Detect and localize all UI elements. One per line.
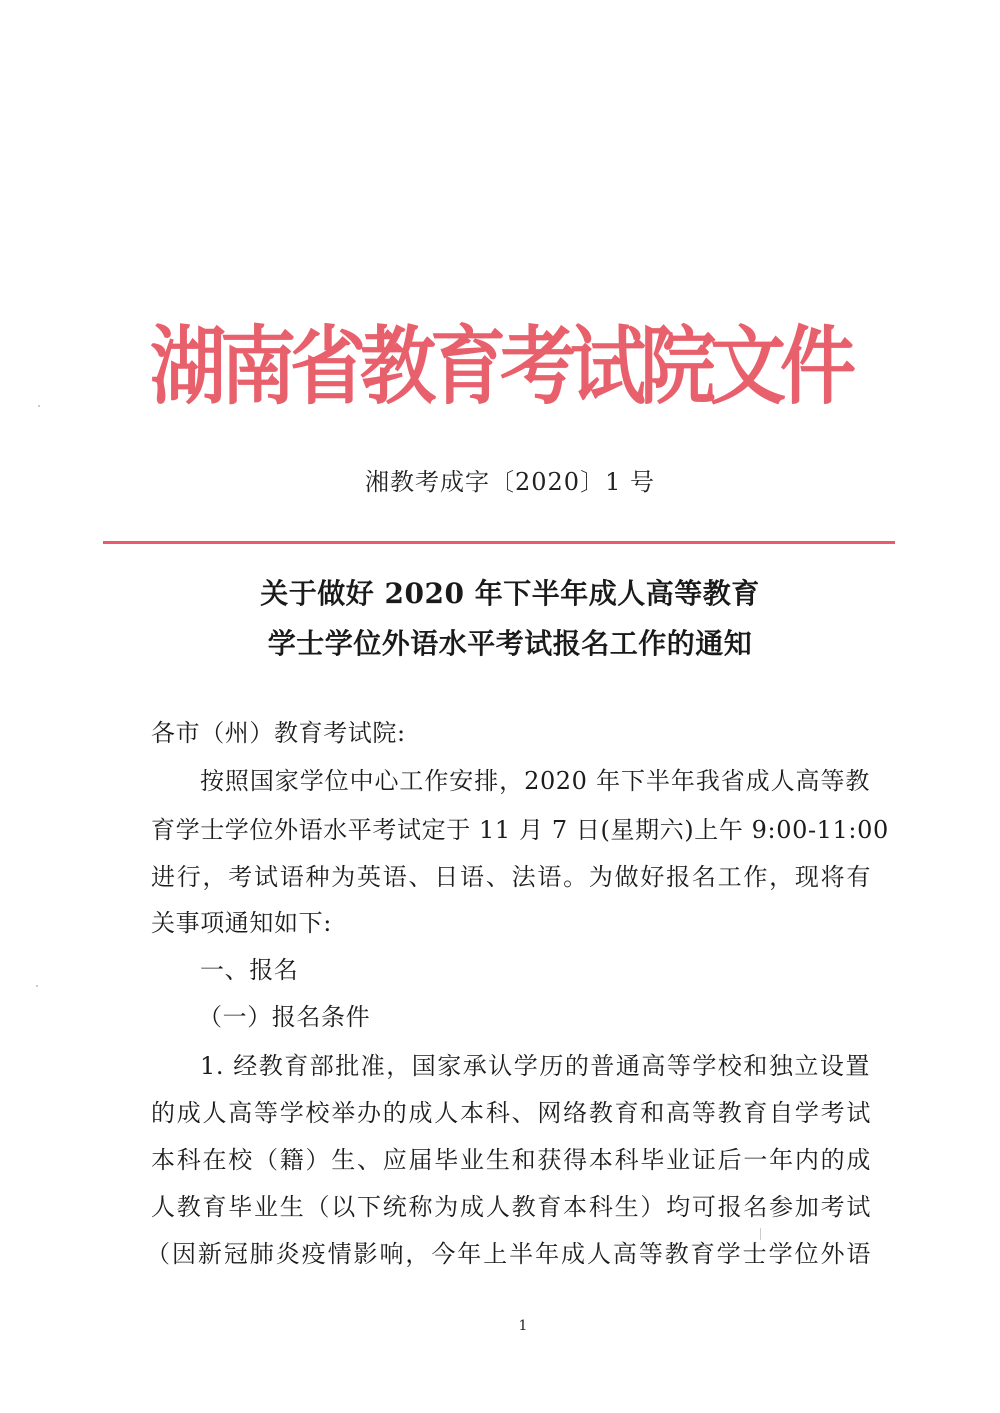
scan-speck bbox=[38, 405, 40, 407]
issuer-char: 考 bbox=[500, 305, 570, 428]
issuer-char: 文 bbox=[710, 305, 780, 428]
issuer-char: 湖 bbox=[150, 305, 220, 428]
issuer-char: 育 bbox=[430, 305, 500, 428]
item-line: 本科在校（籍）生、应届毕业生和获得本科毕业证后一年内的成 bbox=[151, 1144, 871, 1176]
scan-speck bbox=[36, 985, 38, 987]
body-paragraph-line: 关事项通知如下: bbox=[151, 907, 871, 939]
red-divider-line bbox=[103, 541, 895, 544]
issuer-char: 试 bbox=[570, 305, 640, 428]
subsection-heading: （一）报名条件 bbox=[198, 1001, 918, 1033]
document-page: 湖 南 省 教 育 考 试 院 文 件 湘教考成字〔2020〕1 号 关于做好 … bbox=[0, 0, 1000, 1413]
body-paragraph-line: 育学士学位外语水平考试定于 11 月 7 日(星期六)上午 9:00-11:00 bbox=[151, 814, 871, 846]
item-line: 的成人高等学校举办的成人本科、网络教育和高等教育自学考试 bbox=[151, 1097, 871, 1129]
body-paragraph-line: 进行，考试语种为英语、日语、法语。为做好报名工作，现将有 bbox=[151, 861, 871, 893]
addressee: 各市（州）教育考试院: bbox=[151, 717, 871, 749]
section-heading: 一、报名 bbox=[200, 954, 920, 986]
issuer-char: 件 bbox=[780, 305, 850, 428]
issuer-char: 南 bbox=[220, 305, 290, 428]
item-line: 1. 经教育部批准，国家承认学历的普通高等学校和独立设置 bbox=[200, 1050, 870, 1082]
body-paragraph-line: 按照国家学位中心工作安排，2020 年下半年我省成人高等教 bbox=[200, 765, 870, 797]
document-title-line-2: 学士学位外语水平考试报名工作的通知 bbox=[0, 622, 1000, 662]
page-number: 1 bbox=[0, 1318, 1000, 1334]
document-title-line-1: 关于做好 2020 年下半年成人高等教育 bbox=[0, 572, 1000, 612]
scan-speck bbox=[760, 1228, 761, 1240]
issuer-char: 教 bbox=[360, 305, 430, 428]
item-line: （因新冠肺炎疫情影响，今年上半年成人高等教育学士学位外语 bbox=[146, 1238, 871, 1270]
item-line: 人教育毕业生（以下统称为成人教育本科生）均可报名参加考试 bbox=[151, 1191, 871, 1223]
issuer-char: 省 bbox=[290, 305, 360, 428]
issuer-char: 院 bbox=[640, 305, 710, 428]
document-number: 湘教考成字〔2020〕1 号 bbox=[0, 462, 1000, 497]
issuer-red-header: 湖 南 省 教 育 考 试 院 文 件 bbox=[150, 305, 850, 428]
